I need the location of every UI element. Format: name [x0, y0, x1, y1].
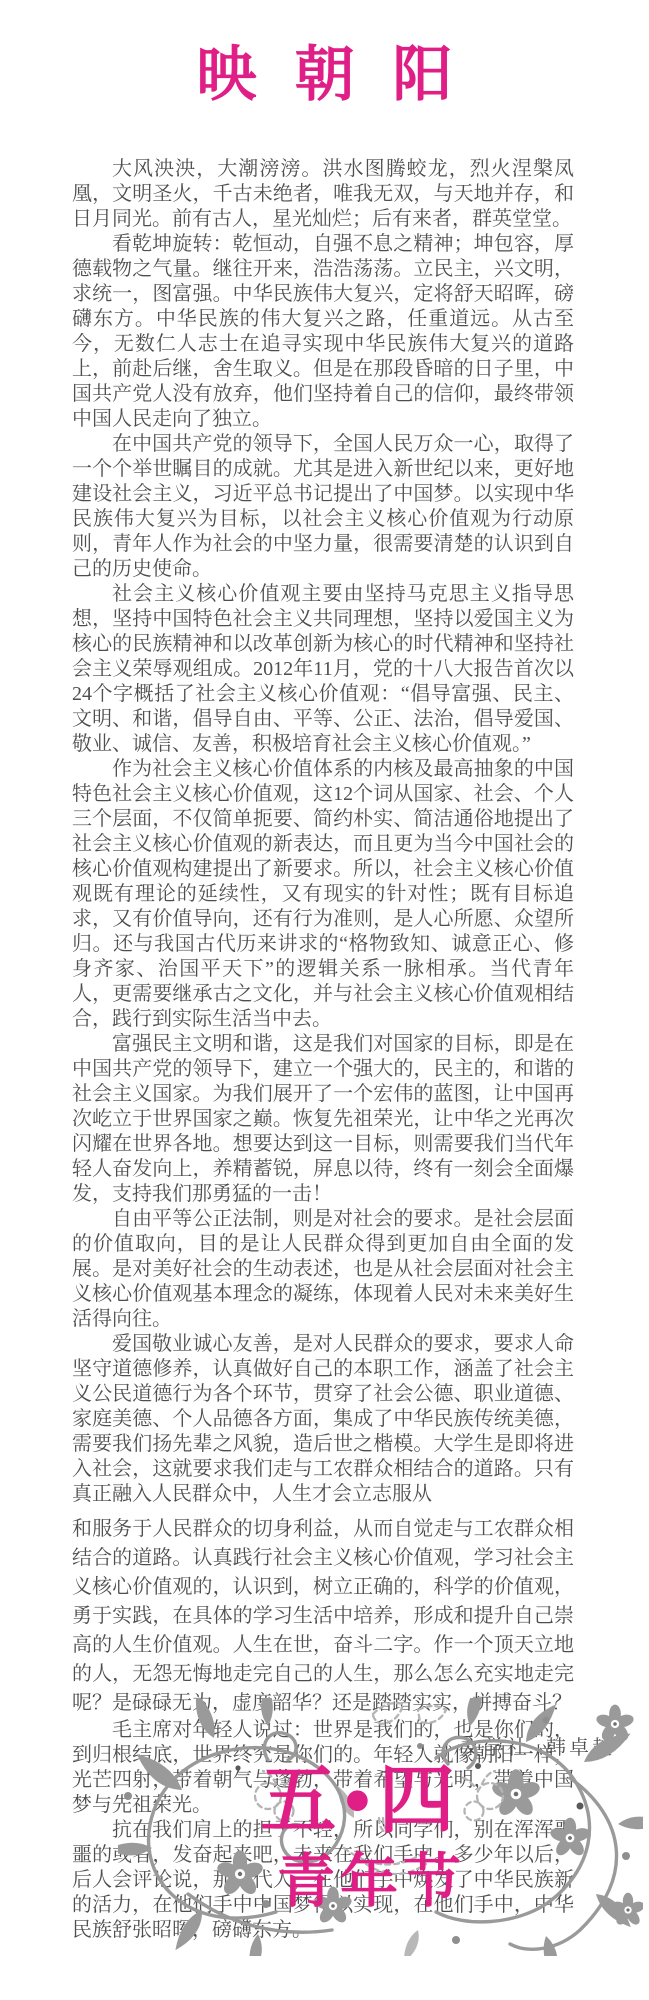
- newspaper-page: 映朝阳 大风泱泱，大潮滂滂。洪水图腾蛟龙，烈火涅槃凤凰，文明圣火，千古未绝者，唯…: [0, 0, 649, 2000]
- article-paragraph: 爱国敬业诚心友善，是对人民群众的要求，要求人命坚守道德修养，认真做好自己的本职工…: [72, 1332, 574, 1507]
- article-paragraph: 作为社会主义核心价值体系的内核及最高抽象的中国特色社会主义核心价值观，这12个词…: [72, 757, 574, 1032]
- article-paragraph: 社会主义核心价值观主要由坚持马克思主义指导思想，坚持中国特色社会主义共同理想，坚…: [72, 582, 574, 757]
- article-paragraph: 大风泱泱，大潮滂滂。洪水图腾蛟龙，烈火涅槃凤凰，文明圣火，千古未绝者，唯我无双，…: [72, 157, 574, 232]
- article-paragraph: 看乾坤旋转：乾恒动，自强不息之精神；坤包容，厚德载物之气量。继往开来，浩浩荡荡。…: [72, 232, 574, 432]
- article-body: 大风泱泱，大潮滂滂。洪水图腾蛟龙，烈火涅槃凤凰，文明圣火，千古未绝者，唯我无双，…: [72, 157, 574, 1943]
- article-paragraph: 和服务于人民群众的切身利益，从而自觉走与工农群众相结合的道路。认真践行社会主义核…: [72, 1515, 574, 1718]
- page-title: 映朝阳: [0, 42, 649, 108]
- article-paragraph: 自由平等公正法制，则是对社会的要求。是社会层面的价值取向，目的是让人民群众得到更…: [72, 1207, 574, 1332]
- youth-day-title: 青年节: [0, 1853, 649, 1911]
- article-paragraph: 在中国共产党的领导下，全国人民万众一心，取得了一个个举世瞩目的成就。尤其是进入新…: [72, 432, 574, 582]
- may-fourth-title: 五•四: [0, 1763, 649, 1839]
- article-paragraph: 富强民主文明和谐，这是我们对国家的目标，即是在中国共产党的领导下，建立一个强大的…: [72, 1032, 574, 1207]
